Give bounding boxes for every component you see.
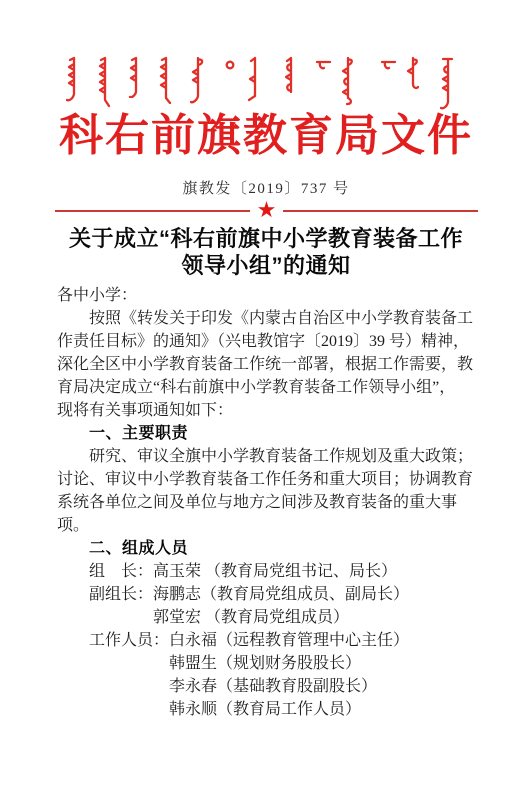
notice-title-line: 关于成立“科右前旗中小学教育装备工作 bbox=[0, 225, 532, 252]
red-divider: ★ bbox=[55, 200, 478, 222]
mongolian-glyph bbox=[405, 56, 420, 90]
mongolian-glyph bbox=[283, 56, 298, 98]
mongolian-glyph bbox=[440, 56, 455, 110]
personnel-line: 李永春（基础教育股副股长） bbox=[57, 675, 481, 698]
paragraph-line: 讨论、审议中小学教育装备工作任务和重大项目；协调教育 bbox=[57, 468, 481, 491]
paragraph-line: 项。 bbox=[57, 514, 481, 537]
document-page: 科右前旗教育局文件 旗教发〔2019〕737 号 ★ 关于成立“科右前旗中小学教… bbox=[0, 0, 532, 800]
section-heading-members: 二、组成人员 bbox=[57, 537, 481, 560]
star-icon: ★ bbox=[257, 199, 277, 221]
divider-line-right bbox=[283, 210, 478, 212]
mongolian-glyph bbox=[158, 56, 172, 104]
document-body: 各中小学： 按照《转发关于印发《内蒙古自治区中小学教育装备工 作责任目标》的通知… bbox=[57, 284, 481, 721]
personnel-line: 韩永顺（教育局工作人员） bbox=[57, 698, 481, 721]
paragraph-line: 深化全区中小学教育装备工作统一部署，根据工作需要，教 bbox=[57, 353, 481, 376]
mongolian-script-banner bbox=[0, 56, 532, 114]
personnel-line: 郭堂宏 （教育局党组成员） bbox=[57, 606, 481, 629]
paragraph-line: 现将有关事项通知如下： bbox=[57, 399, 481, 422]
mongolian-glyph bbox=[247, 56, 261, 102]
mongolian-glyph bbox=[128, 56, 142, 98]
paragraph-line: 研究、审议全旗中小学教育装备工作规划及重大政策； bbox=[57, 445, 481, 468]
paragraph-line: 按照《转发关于印发《内蒙古自治区中小学教育装备工 bbox=[57, 307, 481, 330]
mongolian-glyph bbox=[190, 56, 206, 104]
mongolian-glyph bbox=[66, 56, 80, 102]
paragraph-line: 作责任目标》的通知》（兴电教馆字〔2019〕39 号）精神， bbox=[57, 330, 481, 353]
notice-title: 关于成立“科右前旗中小学教育装备工作 领导小组”的通知 bbox=[0, 225, 532, 279]
personnel-line: 副组长：海鹏志（教育局党组成员、副局长） bbox=[57, 583, 481, 606]
personnel-line: 韩盟生（规划财务股股长） bbox=[57, 652, 481, 675]
agency-title: 科右前旗教育局文件 bbox=[0, 110, 532, 162]
notice-title-line: 领导小组”的通知 bbox=[0, 252, 532, 279]
salutation: 各中小学： bbox=[57, 284, 481, 307]
personnel-line: 工作人员：白永福（远程教育管理中心主任） bbox=[57, 629, 481, 652]
mongolian-glyph bbox=[97, 56, 111, 108]
document-number: 旗教发〔2019〕737 号 bbox=[0, 177, 532, 198]
paragraph-line: 系统各单位之间及单位与地方之间涉及教育装备的重大事 bbox=[57, 491, 481, 514]
mongolian-glyph bbox=[315, 58, 332, 71]
mongolian-glyph bbox=[340, 56, 355, 106]
divider-line-left bbox=[55, 210, 250, 212]
mongolian-glyph bbox=[225, 60, 235, 70]
paragraph-line: 育局决定成立“科右前旗中小学教育装备工作领导小组”， bbox=[57, 376, 481, 399]
mongolian-glyph bbox=[380, 58, 397, 71]
section-heading-duties: 一、主要职责 bbox=[57, 422, 481, 445]
personnel-line: 组 长：高玉荣 （教育局党组书记、局长） bbox=[57, 560, 481, 583]
